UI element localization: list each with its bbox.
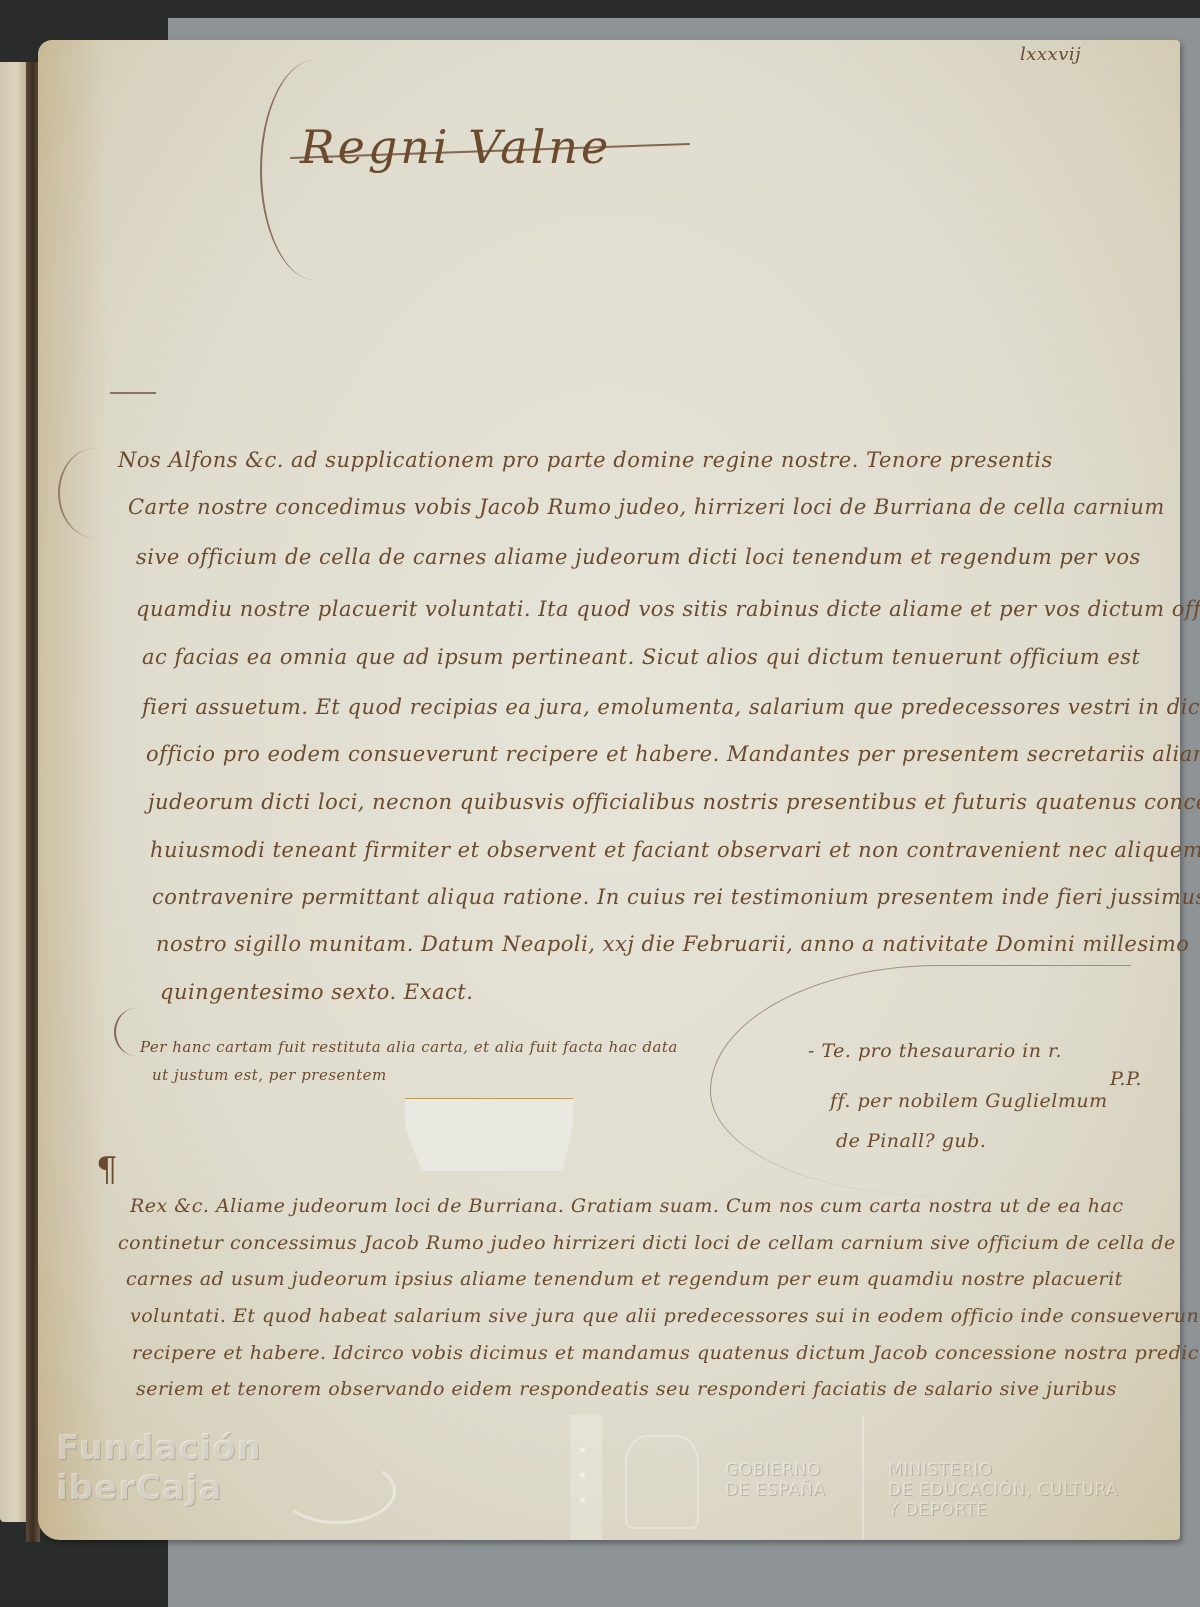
ibercaja-swoosh-icon xyxy=(280,1458,396,1524)
signature-line: ff. per nobilem Guglielmum xyxy=(830,1090,1108,1112)
text-line: officio pro eodem consueverunt recipere … xyxy=(146,742,1200,766)
note-line: ut justum est, per presentem xyxy=(152,1066,387,1084)
note-line: Per hanc cartam fuit restituta alia cart… xyxy=(140,1038,678,1056)
pilcrow-mark: ¶ xyxy=(96,1150,118,1190)
fundacion-ibercaja-watermark: Fundación iberCaja xyxy=(56,1428,262,1508)
text-line: quamdiu nostre placuerit voluntati. Ita … xyxy=(136,597,1200,621)
text-line: seriem et tenorem observando eidem respo… xyxy=(136,1378,1117,1400)
text-line: judeorum dicti loci, necnon quibusvis of… xyxy=(148,790,1200,814)
text-line: recipere et habere. Idcirco vobis dicimu… xyxy=(132,1342,1200,1364)
folio-number: lxxxvij xyxy=(1020,44,1081,65)
watermark-line: Fundación xyxy=(56,1428,262,1468)
star-icon: ★ xyxy=(578,1495,587,1506)
text-line: continetur concessimus Jacob Rumo judeo … xyxy=(118,1232,1176,1254)
text-line: voluntati. Et quod habeat salarium sive … xyxy=(130,1305,1200,1327)
registration-mark: P.P. xyxy=(1110,1068,1142,1090)
star-icon: ★ xyxy=(578,1445,587,1456)
text-line: contravenire permittant aliqua ratione. … xyxy=(152,885,1200,909)
facing-page-edge xyxy=(0,62,28,1522)
text-line: ac facias ea omnia que ad ipsum pertinea… xyxy=(142,645,1141,669)
signature-line: - Te. pro thesaurario in r. xyxy=(808,1040,1062,1062)
text-line: Nos Alfons &c. ad supplicationem pro par… xyxy=(118,448,1053,472)
ministerio-watermark: MINISTERIO DE EDUCACIÓN, CULTURA Y DEPOR… xyxy=(888,1460,1118,1520)
text-line: huiusmodi teneant firmiter et observent … xyxy=(150,838,1200,862)
section-rule xyxy=(110,392,156,394)
text-line: sive officium de cella de carnes aliame … xyxy=(136,545,1141,569)
text-line: carnes ad usum judeorum ipsius aliame te… xyxy=(126,1268,1123,1290)
star-icon: ★ xyxy=(578,1470,587,1481)
text-line: nostro sigillo munitam. Datum Neapoli, x… xyxy=(156,932,1189,956)
watermark-line: DE EDUCACIÓN, CULTURA xyxy=(888,1480,1118,1500)
text-line: quingentesimo sexto. Exact. xyxy=(160,980,473,1004)
watermark-line: Y DEPORTE xyxy=(888,1500,1118,1520)
signature-line: de Pinall? gub. xyxy=(836,1130,986,1152)
coat-of-arms-icon xyxy=(625,1435,699,1529)
watermark-line: MINISTERIO xyxy=(888,1460,1118,1480)
paper-repair-patch xyxy=(405,1098,573,1171)
watermark-line: DE ESPAÑA xyxy=(725,1480,825,1500)
watermark-divider xyxy=(862,1415,864,1540)
watermark-line: GOBIERNO xyxy=(725,1460,825,1480)
watermark-line: iberCaja xyxy=(56,1468,262,1508)
gobierno-espana-watermark: GOBIERNO DE ESPAÑA xyxy=(725,1460,825,1500)
text-line: fieri assuetum. Et quod recipias ea jura… xyxy=(142,695,1200,719)
text-line: Carte nostre concedimus vobis Jacob Rumo… xyxy=(128,495,1165,519)
text-line: Rex &c. Aliame judeorum loci de Burriana… xyxy=(130,1195,1124,1217)
page-heading: Regni Valne xyxy=(300,120,611,174)
